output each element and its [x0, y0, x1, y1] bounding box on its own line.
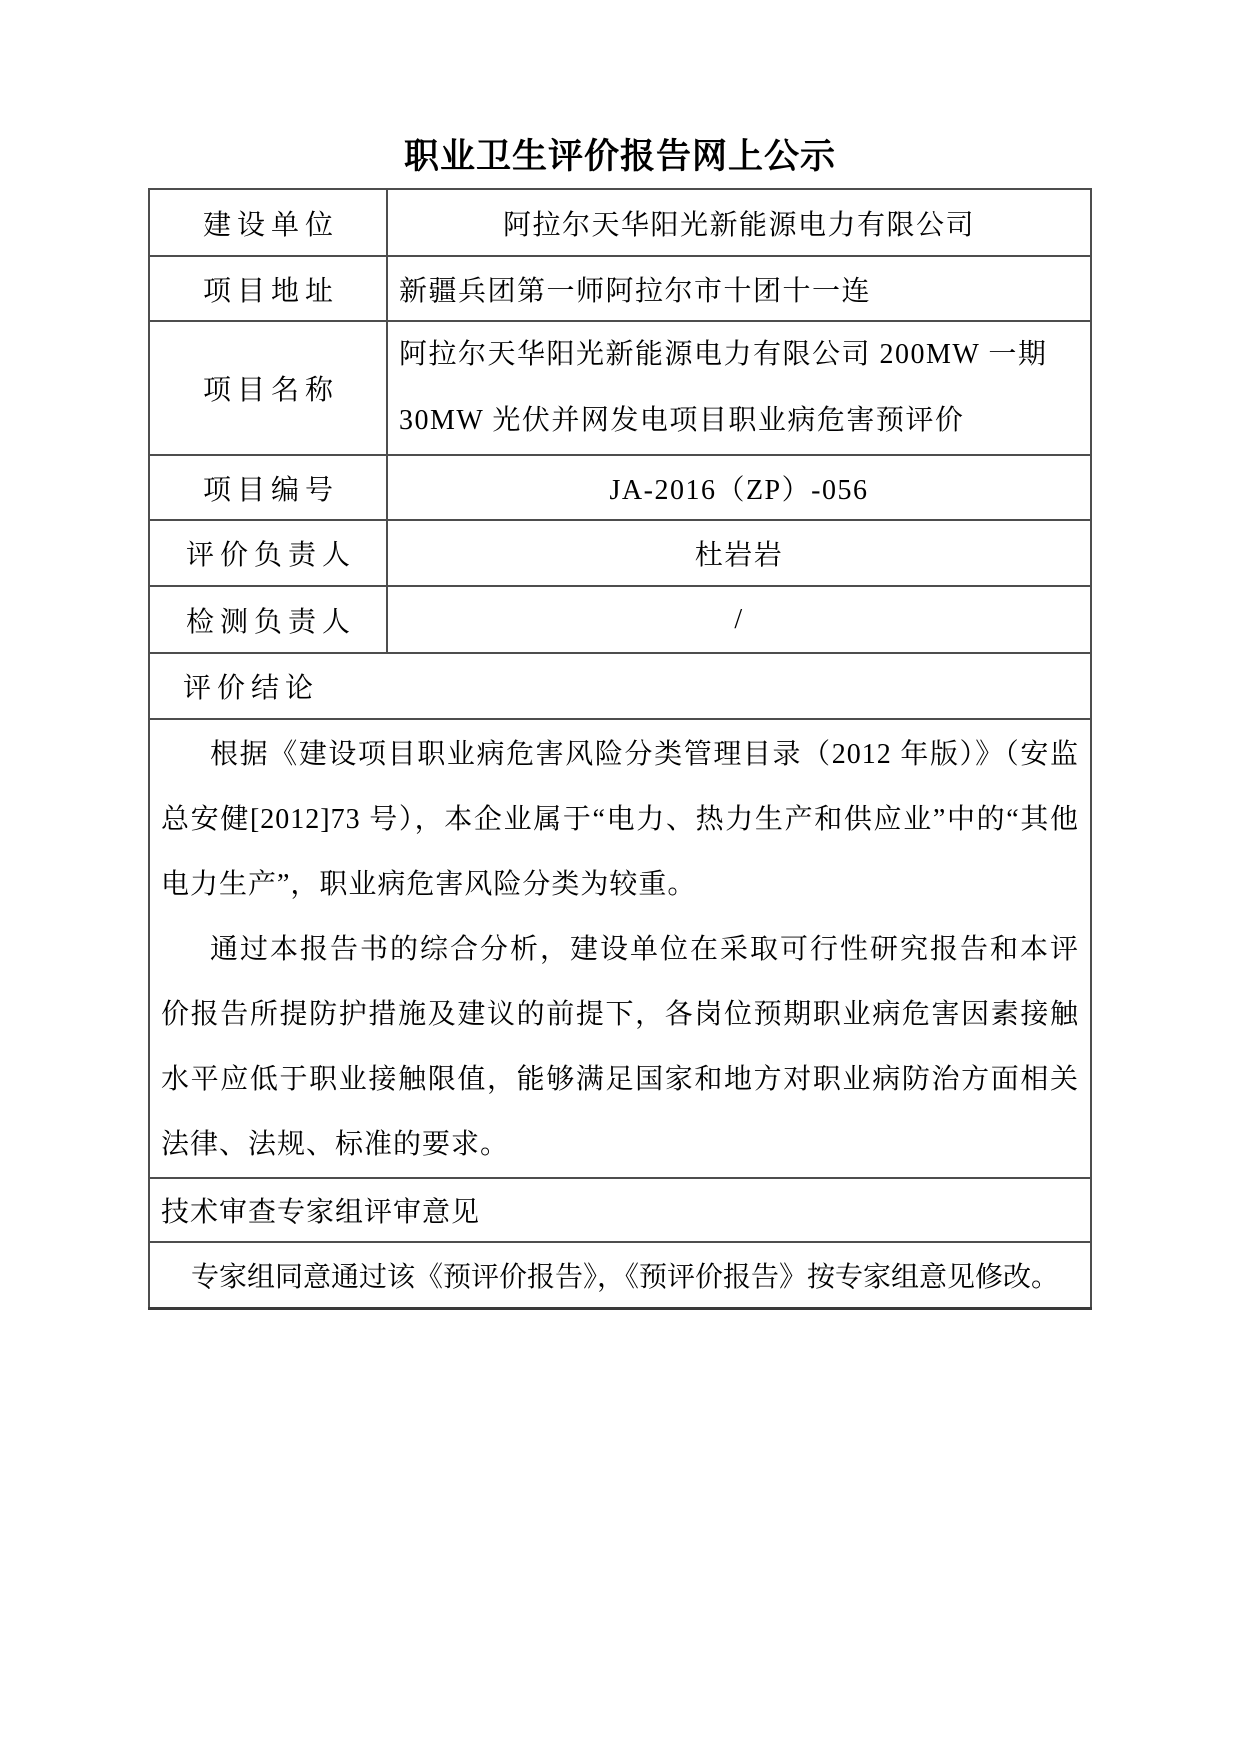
table-row: 评价结论 — [149, 653, 1091, 719]
row-value-project-address: 新疆兵团第一师阿拉尔市十团十一连 — [387, 256, 1091, 321]
document-body: 职业卫生评价报告网上公示 建设单位 阿拉尔天华阳光新能源电力有限公司 项目地址 … — [148, 0, 1092, 1310]
page-title: 职业卫生评价报告网上公示 — [148, 126, 1092, 188]
row-label-evaluation-lead: 评价负责人 — [149, 520, 387, 586]
row-label-project-address: 项目地址 — [149, 256, 387, 321]
conclusion-text-cell: 根据《建设项目职业病危害风险分类管理目录（2012 年版）》（安监总安健[201… — [149, 719, 1091, 1178]
table-row: 技术审查专家组评审意见 — [149, 1178, 1091, 1242]
document-page: 职业卫生评价报告网上公示 建设单位 阿拉尔天华阳光新能源电力有限公司 项目地址 … — [0, 0, 1241, 1755]
conclusion-paragraph-1: 根据《建设项目职业病危害风险分类管理目录（2012 年版）》（安监总安健[201… — [161, 722, 1079, 917]
table-row: 项目编号 JA-2016（ZP）-056 — [149, 455, 1091, 520]
row-label-construction-unit: 建设单位 — [149, 189, 387, 256]
table-row: 建设单位 阿拉尔天华阳光新能源电力有限公司 — [149, 189, 1091, 256]
table-row: 项目名称 阿拉尔天华阳光新能源电力有限公司 200MW 一期 30MW 光伏并网… — [149, 321, 1091, 455]
row-label-project-name: 项目名称 — [149, 321, 387, 455]
row-label-project-number: 项目编号 — [149, 455, 387, 520]
publicity-table: 建设单位 阿拉尔天华阳光新能源电力有限公司 项目地址 新疆兵团第一师阿拉尔市十团… — [148, 188, 1092, 1310]
table-row: 评价负责人 杜岩岩 — [149, 520, 1091, 586]
conclusion-paragraph-2: 通过本报告书的综合分析，建设单位在采取可行性研究报告和本评价报告所提防护措施及建… — [161, 917, 1079, 1177]
table-row: 检测负责人 / — [149, 586, 1091, 653]
row-value-evaluation-lead: 杜岩岩 — [387, 520, 1091, 586]
table-row: 专家组同意通过该《预评价报告》，《预评价报告》按专家组意见修改。 — [149, 1242, 1091, 1308]
conclusion-header: 评价结论 — [149, 653, 1091, 719]
table-row: 项目地址 新疆兵团第一师阿拉尔市十团十一连 — [149, 256, 1091, 321]
table-row: 根据《建设项目职业病危害风险分类管理目录（2012 年版）》（安监总安健[201… — [149, 719, 1091, 1178]
review-comment: 专家组同意通过该《预评价报告》，《预评价报告》按专家组意见修改。 — [149, 1242, 1091, 1308]
row-value-testing-lead: / — [387, 586, 1091, 653]
row-value-project-name: 阿拉尔天华阳光新能源电力有限公司 200MW 一期 30MW 光伏并网发电项目职… — [387, 321, 1091, 455]
row-label-testing-lead: 检测负责人 — [149, 586, 387, 653]
row-value-project-number: JA-2016（ZP）-056 — [387, 455, 1091, 520]
row-value-construction-unit: 阿拉尔天华阳光新能源电力有限公司 — [387, 189, 1091, 256]
review-header: 技术审查专家组评审意见 — [149, 1178, 1091, 1242]
